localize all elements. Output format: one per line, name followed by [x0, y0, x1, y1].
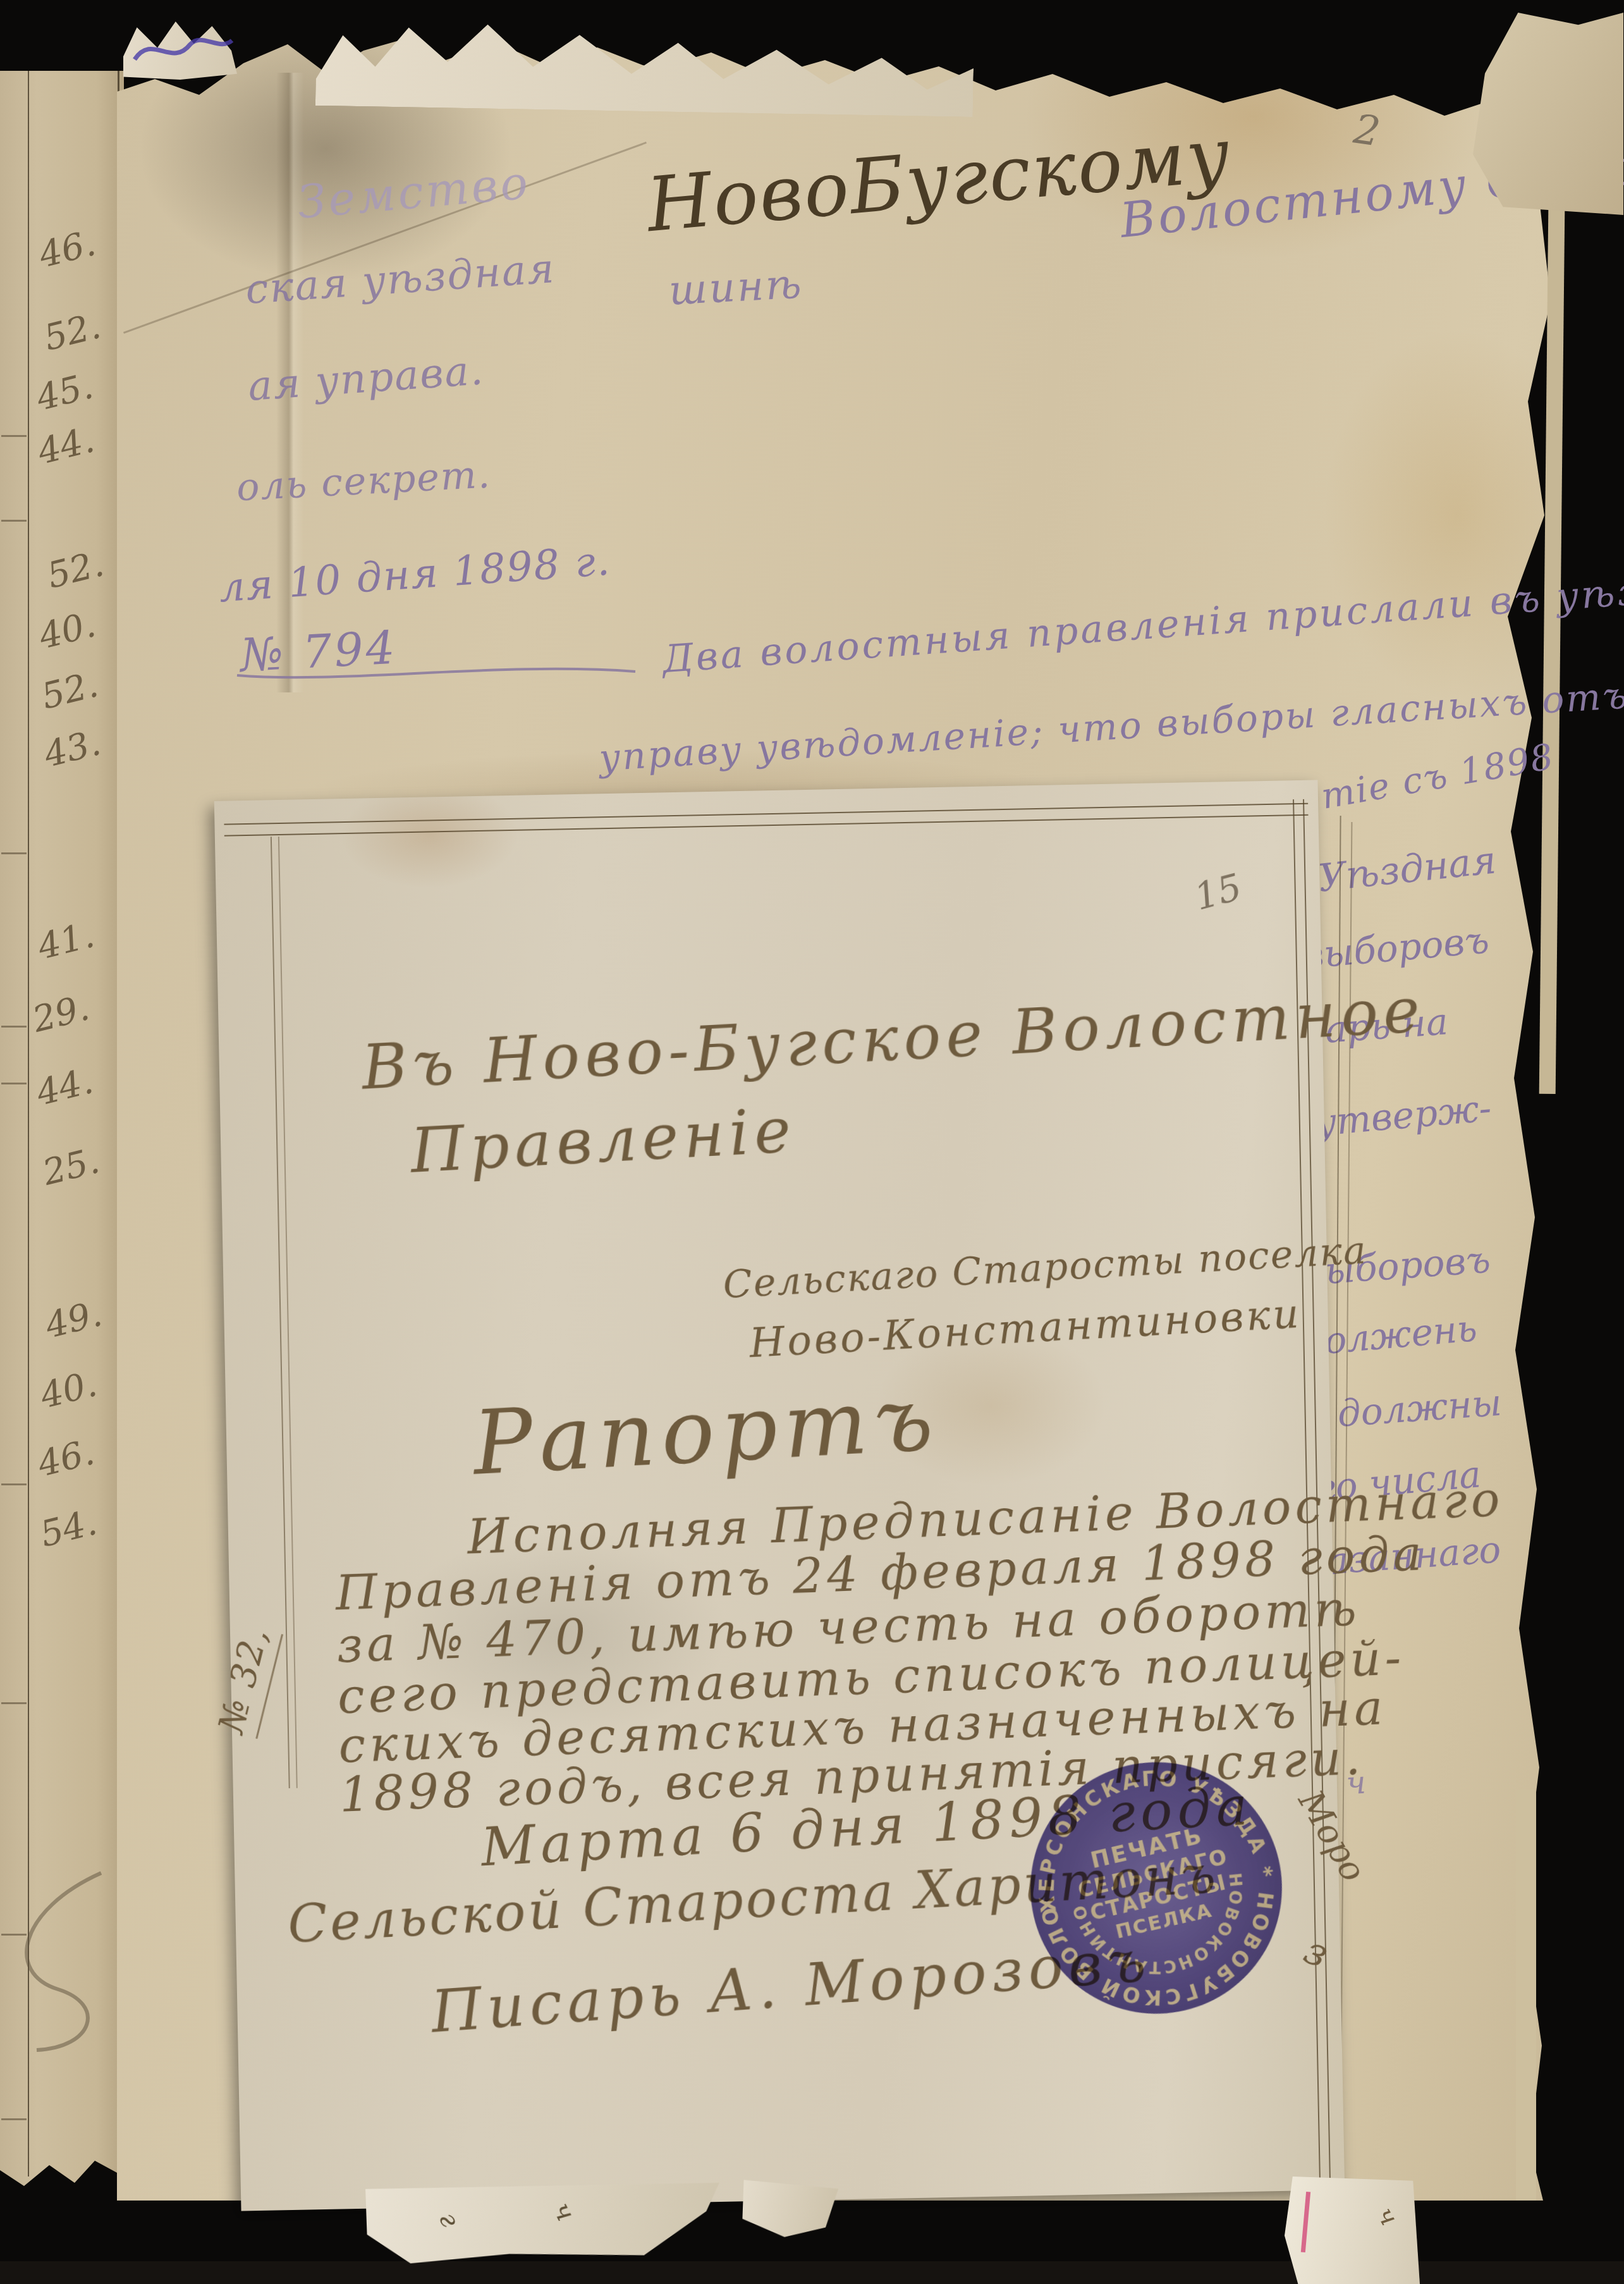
ledger-row-tick	[1, 1702, 27, 1704]
torn-flap-top-right	[1473, 13, 1623, 215]
report-title: Рапортъ	[470, 1367, 942, 1495]
doc-margin-rule-2	[278, 837, 298, 1788]
ledger-row-tick	[1, 852, 27, 854]
page-edge-sliver-right-lower	[1516, 1790, 1536, 2201]
page-edge-sliver-right	[1539, 209, 1565, 1094]
ledger-row-tick	[1, 1483, 27, 1485]
report-heading-line-2: Правленіе	[409, 1095, 798, 1188]
scrap-mark: ч	[547, 2197, 582, 2226]
page-number: 15	[1190, 865, 1246, 919]
torn-scrap-bottom-mid	[742, 2180, 839, 2238]
archival-document-scan: 46. 52. 45. 44. 52. 40. 52. 43. 41. 29. …	[0, 0, 1624, 2284]
pencil-flourish	[0, 1865, 133, 2068]
pink-ink-mark	[1301, 2192, 1310, 2252]
torn-scrap-bottom-right: ч	[1285, 2177, 1420, 2284]
scrap-mark: ч	[1371, 2202, 1403, 2231]
ledger-row-tick	[1, 1026, 27, 1028]
ledger-row-tick	[1, 2118, 27, 2120]
addressee-continuation: шинѣ	[668, 261, 804, 314]
ledger-rule-left	[28, 71, 29, 2177]
blue-ink-scribble	[130, 27, 237, 75]
torn-scrap-bottom-left: г ч	[365, 2177, 722, 2264]
ledger-row-tick	[1, 435, 27, 437]
doc-top-rule-2	[224, 814, 1309, 837]
report-document: 15 Въ Ново-Бугское Волостное Правленіе С…	[214, 780, 1345, 2211]
report-heading-line-1: Въ Ново-Бугское Волостное	[360, 974, 1427, 1104]
scrap-mark: г	[433, 2208, 465, 2231]
torn-scrap-top-strip	[315, 17, 974, 117]
number-underline-flourish	[234, 659, 645, 687]
doc-top-rule	[224, 803, 1308, 825]
sender-line-2: Ново-Константиновки	[748, 1291, 1303, 1367]
ledger-row-tick	[1, 1083, 27, 1084]
ledger-row-tick	[1, 520, 27, 522]
